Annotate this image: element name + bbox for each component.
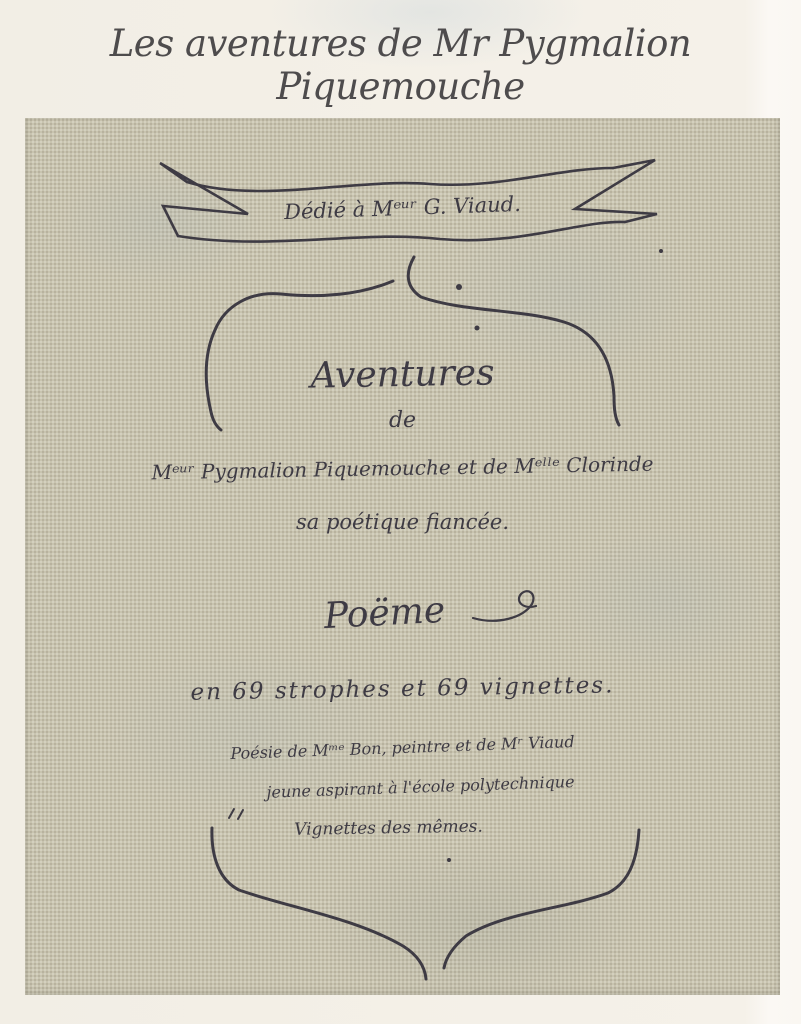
- scanned-book-page: Les aventures de Mr Pygmalion Piquemouch…: [0, 0, 801, 1024]
- bracket-bottom-right: [444, 830, 639, 968]
- ink-dot: [475, 326, 480, 331]
- protagonists-subtitle: sa poétique fiancée.: [25, 510, 780, 534]
- title-connector: de: [25, 408, 780, 433]
- ribbon-band-top-edge: [187, 168, 613, 191]
- ink-dot: [456, 284, 462, 290]
- bracket-top-right: [408, 257, 619, 425]
- ink-dot: [447, 858, 451, 862]
- ditto-mark: [229, 809, 243, 819]
- book-title: Les aventures de Mr Pygmalion Piquemouch…: [0, 22, 801, 108]
- ink-dot: [659, 249, 663, 253]
- calligraphic-ornaments: [25, 118, 780, 995]
- manuscript-page: Dédié à Mᵉᵘʳ G. Viaud. Aventures de Mᵉᵘʳ…: [25, 118, 780, 995]
- bracket-bottom-left: [212, 828, 426, 979]
